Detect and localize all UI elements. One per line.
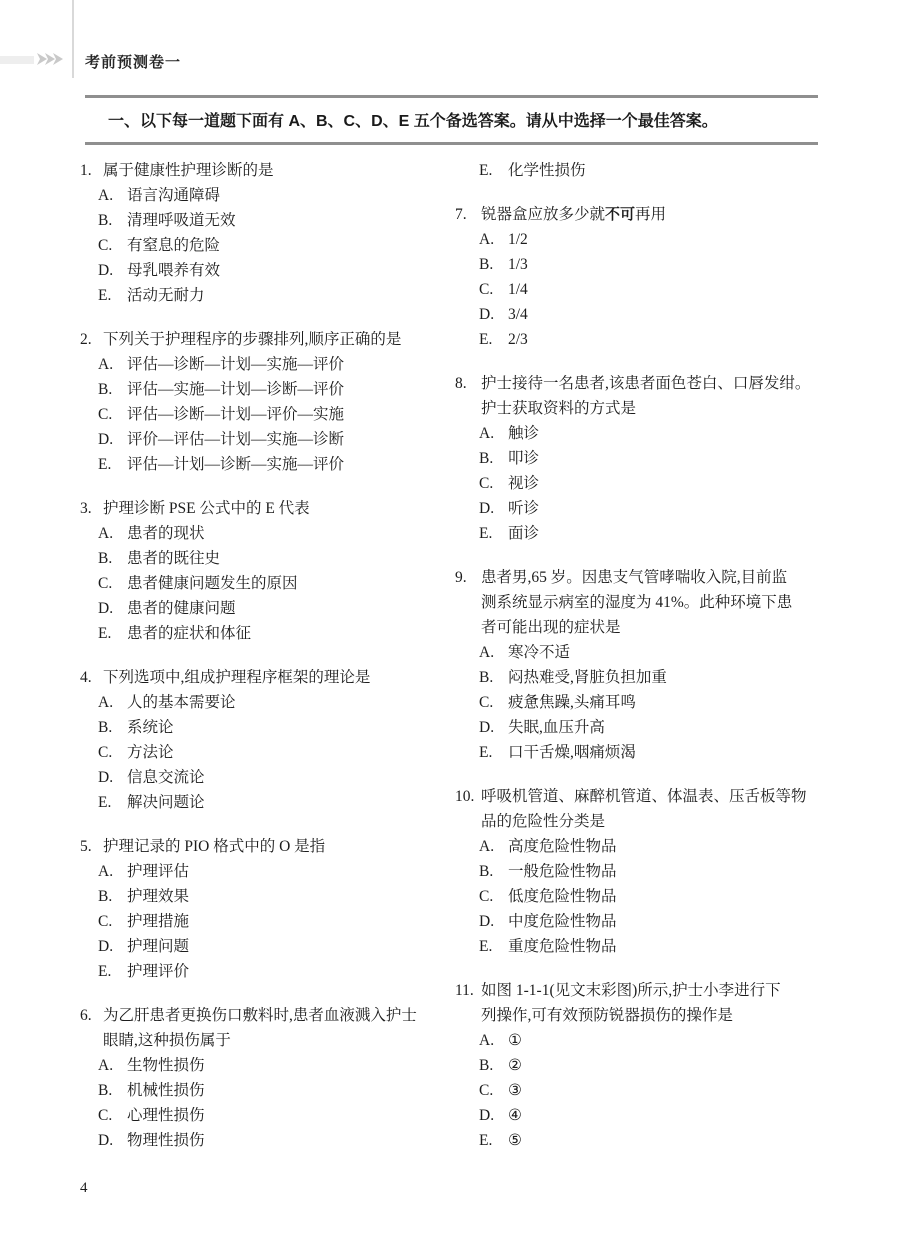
option-row: A. 寒冷不适 bbox=[455, 640, 845, 665]
stem-line: 测系统显示病室的湿度为 41%。此种环境下患 bbox=[481, 590, 792, 615]
option-row: E. 护理评价 bbox=[80, 959, 455, 984]
stem-segment: 锐器盒应放多少就 bbox=[481, 206, 605, 223]
option-row: A. ① bbox=[455, 1028, 845, 1053]
option-text: 患者的现状 bbox=[127, 521, 205, 546]
option-row: E. 口干舌燥,咽痛烦渴 bbox=[455, 740, 845, 765]
option-label: E. bbox=[98, 790, 127, 815]
question-number: 7. bbox=[455, 202, 481, 227]
question-options: A. 人的基本需要论 B. 系统论 C. 方法论 D. 信息交流论 E. 解决问… bbox=[80, 690, 455, 815]
stem-line: 护理记录的 PIO 格式中的 O 是指 bbox=[103, 834, 325, 859]
option-text: 患者的健康问题 bbox=[127, 596, 236, 621]
option-text: 评估—实施—计划—诊断—评价 bbox=[127, 377, 344, 402]
question-stem: 呼吸机管道、麻醉机管道、体温表、压舌板等物品的危险性分类是 bbox=[481, 784, 807, 834]
option-label: A. bbox=[479, 834, 508, 859]
stem-line: 护士接待一名患者,该患者面色苍白、口唇发绀。 bbox=[481, 371, 810, 396]
question: 9. 患者男,65 岁。因患支气管哮喘收入院,目前监测系统显示病室的湿度为 41… bbox=[455, 565, 845, 765]
option-label: B. bbox=[479, 1053, 508, 1078]
option-text: 护理评估 bbox=[127, 859, 189, 884]
option-text: 机械性损伤 bbox=[127, 1078, 205, 1103]
option-label: B. bbox=[98, 1078, 127, 1103]
option-row: B. 患者的既往史 bbox=[80, 546, 455, 571]
question-number: 8. bbox=[455, 371, 481, 421]
option-label: C. bbox=[479, 471, 508, 496]
option-row: E. 活动无耐力 bbox=[80, 283, 455, 308]
question-stem: 如图 1-1-1(见文末彩图)所示,护士小李进行下列操作,可有效预防锐器损伤的操… bbox=[481, 978, 781, 1028]
option-text: 化学性损伤 bbox=[508, 158, 586, 183]
option-text: 评估—计划—诊断—实施—评价 bbox=[127, 452, 344, 477]
option-row: D. 患者的健康问题 bbox=[80, 596, 455, 621]
option-label: A. bbox=[98, 521, 127, 546]
option-row: A. 护理评估 bbox=[80, 859, 455, 884]
option-label: B. bbox=[479, 446, 508, 471]
option-label: C. bbox=[479, 1078, 508, 1103]
question-head: 8. 护士接待一名患者,该患者面色苍白、口唇发绀。护士获取资料的方式是 bbox=[455, 371, 845, 421]
question: 3. 护理诊断 PSE 公式中的 E 代表 A. 患者的现状 B. 患者的既往史… bbox=[80, 496, 455, 646]
option-text: 1/2 bbox=[508, 227, 528, 252]
option-label: B. bbox=[98, 884, 127, 909]
option-row: E. 化学性损伤 bbox=[455, 158, 845, 183]
option-text: 患者的既往史 bbox=[127, 546, 220, 571]
option-text: 有窒息的危险 bbox=[127, 233, 220, 258]
option-label: C. bbox=[98, 1103, 127, 1128]
option-text: 疲惫焦躁,头痛耳鸣 bbox=[508, 690, 636, 715]
option-label: E. bbox=[98, 621, 127, 646]
option-text: 护理评价 bbox=[127, 959, 189, 984]
option-text: 评估—诊断—计划—实施—评价 bbox=[127, 352, 344, 377]
option-row: B. 机械性损伤 bbox=[80, 1078, 455, 1103]
option-label: E. bbox=[98, 283, 127, 308]
option-label: A. bbox=[98, 690, 127, 715]
stem-line: 如图 1-1-1(见文末彩图)所示,护士小李进行下 bbox=[481, 978, 781, 1003]
option-label: D. bbox=[479, 496, 508, 521]
option-text: 护理问题 bbox=[127, 934, 189, 959]
question-number: 3. bbox=[80, 496, 103, 521]
option-text: 患者的症状和体征 bbox=[127, 621, 251, 646]
question-options: A. 触诊 B. 叩诊 C. 视诊 D. 听诊 E. 面诊 bbox=[455, 421, 845, 546]
option-text: 听诊 bbox=[508, 496, 539, 521]
question-options: E. 化学性损伤 bbox=[455, 158, 845, 183]
option-label: B. bbox=[479, 252, 508, 277]
option-row: B. 清理呼吸道无效 bbox=[80, 208, 455, 233]
option-label: E. bbox=[479, 1128, 508, 1153]
option-row: E. ⑤ bbox=[455, 1128, 845, 1153]
stem-segment: 呼吸机管道、麻醉机管道、体温表、压舌板等物 bbox=[481, 788, 807, 805]
option-label: A. bbox=[479, 1028, 508, 1053]
stem-line: 护理诊断 PSE 公式中的 E 代表 bbox=[103, 496, 310, 521]
option-row: D. 护理问题 bbox=[80, 934, 455, 959]
question: 6. 为乙肝患者更换伤口敷料时,患者血液溅入护士眼睛,这种损伤属于 A. 生物性… bbox=[80, 1003, 455, 1153]
question: 7. 锐器盒应放多少就不可再用 A. 1/2 B. 1/3 C. 1/4 D. … bbox=[455, 202, 845, 352]
question-stem: 护理记录的 PIO 格式中的 O 是指 bbox=[103, 834, 325, 859]
question-options: A. 评估—诊断—计划—实施—评价 B. 评估—实施—计划—诊断—评价 C. 评… bbox=[80, 352, 455, 477]
option-row: E. 患者的症状和体征 bbox=[80, 621, 455, 646]
stem-segment: 护理诊断 PSE 公式中的 E 代表 bbox=[103, 500, 310, 517]
option-row: A. 评估—诊断—计划—实施—评价 bbox=[80, 352, 455, 377]
question: 5. 护理记录的 PIO 格式中的 O 是指 A. 护理评估 B. 护理效果 C… bbox=[80, 834, 455, 984]
option-label: D. bbox=[98, 934, 127, 959]
stem-segment: 下列选项中,组成护理程序框架的理论是 bbox=[103, 669, 370, 686]
question-options: A. 1/2 B. 1/3 C. 1/4 D. 3/4 E. 2/3 bbox=[455, 227, 845, 352]
option-row: C. 疲惫焦躁,头痛耳鸣 bbox=[455, 690, 845, 715]
option-row: B. 评估—实施—计划—诊断—评价 bbox=[80, 377, 455, 402]
option-row: A. 人的基本需要论 bbox=[80, 690, 455, 715]
option-row: B. ② bbox=[455, 1053, 845, 1078]
stem-segment: 如图 1-1-1(见文末彩图)所示,护士小李进行下 bbox=[481, 982, 781, 999]
option-text: 重度危险性物品 bbox=[508, 934, 617, 959]
option-row: A. 高度危险性物品 bbox=[455, 834, 845, 859]
option-row: D. 3/4 bbox=[455, 302, 845, 327]
option-row: C. 护理措施 bbox=[80, 909, 455, 934]
stem-line: 锐器盒应放多少就不可再用 bbox=[481, 202, 666, 227]
option-label: C. bbox=[98, 402, 127, 427]
option-label: C. bbox=[479, 277, 508, 302]
option-text: 闷热难受,肾脏负担加重 bbox=[508, 665, 667, 690]
option-label: C. bbox=[98, 571, 127, 596]
option-text: 系统论 bbox=[127, 715, 174, 740]
stem-segment: 下列关于护理程序的步骤排列,顺序正确的是 bbox=[103, 331, 401, 348]
question: 8. 护士接待一名患者,该患者面色苍白、口唇发绀。护士获取资料的方式是 A. 触… bbox=[455, 371, 845, 546]
option-row: D. ④ bbox=[455, 1103, 845, 1128]
option-row: C. 患者健康问题发生的原因 bbox=[80, 571, 455, 596]
question-stem: 属于健康性护理诊断的是 bbox=[103, 158, 274, 183]
question: 2. 下列关于护理程序的步骤排列,顺序正确的是 A. 评估—诊断—计划—实施—评… bbox=[80, 327, 455, 477]
left-column: 1. 属于健康性护理诊断的是 A. 语言沟通障碍 B. 清理呼吸道无效 C. 有… bbox=[80, 158, 455, 1172]
option-label: A. bbox=[98, 859, 127, 884]
option-text: 失眠,血压升高 bbox=[508, 715, 605, 740]
stem-line: 下列选项中,组成护理程序框架的理论是 bbox=[103, 665, 370, 690]
stem-segment: 测系统显示病室的湿度为 41%。此种环境下患 bbox=[481, 594, 792, 611]
option-row: E. 2/3 bbox=[455, 327, 845, 352]
option-text: 一般危险性物品 bbox=[508, 859, 617, 884]
stem-line: 患者男,65 岁。因患支气管哮喘收入院,目前监 bbox=[481, 565, 792, 590]
stem-line: 下列关于护理程序的步骤排列,顺序正确的是 bbox=[103, 327, 401, 352]
question-options: A. 寒冷不适 B. 闷热难受,肾脏负担加重 C. 疲惫焦躁,头痛耳鸣 D. 失… bbox=[455, 640, 845, 765]
option-label: D. bbox=[98, 1128, 127, 1153]
option-label: E. bbox=[98, 959, 127, 984]
stem-segment: 品的危险性分类是 bbox=[481, 813, 605, 830]
option-row: B. 闷热难受,肾脏负担加重 bbox=[455, 665, 845, 690]
option-label: E. bbox=[479, 158, 508, 183]
question-head: 11. 如图 1-1-1(见文末彩图)所示,护士小李进行下列操作,可有效预防锐器… bbox=[455, 978, 845, 1028]
option-label: D. bbox=[479, 909, 508, 934]
option-row: B. 护理效果 bbox=[80, 884, 455, 909]
question-head: 7. 锐器盒应放多少就不可再用 bbox=[455, 202, 845, 227]
question-number: 4. bbox=[80, 665, 103, 690]
exam-page: 考前预测卷一 一、以下每一道题下面有 A、B、C、D、E 五个备选答案。请从中选… bbox=[0, 0, 900, 1241]
question-options: A. 护理评估 B. 护理效果 C. 护理措施 D. 护理问题 E. 护理评价 bbox=[80, 859, 455, 984]
option-text: 解决问题论 bbox=[127, 790, 205, 815]
option-text: 信息交流论 bbox=[127, 765, 205, 790]
option-text: ① bbox=[508, 1028, 522, 1053]
option-label: E. bbox=[479, 521, 508, 546]
question: 1. 属于健康性护理诊断的是 A. 语言沟通障碍 B. 清理呼吸道无效 C. 有… bbox=[80, 158, 455, 308]
option-text: 评估—诊断—计划—评价—实施 bbox=[127, 402, 344, 427]
option-row: D. 失眠,血压升高 bbox=[455, 715, 845, 740]
page-number: 4 bbox=[80, 1178, 88, 1198]
question-options: A. 语言沟通障碍 B. 清理呼吸道无效 C. 有窒息的危险 D. 母乳喂养有效… bbox=[80, 183, 455, 308]
question-number: 9. bbox=[455, 565, 481, 640]
option-text: 3/4 bbox=[508, 302, 528, 327]
question-stem: 护理诊断 PSE 公式中的 E 代表 bbox=[103, 496, 310, 521]
option-text: 高度危险性物品 bbox=[508, 834, 617, 859]
question-stem: 下列选项中,组成护理程序框架的理论是 bbox=[103, 665, 370, 690]
stem-line: 属于健康性护理诊断的是 bbox=[103, 158, 274, 183]
option-text: 面诊 bbox=[508, 521, 539, 546]
option-text: 语言沟通障碍 bbox=[127, 183, 220, 208]
option-label: E. bbox=[98, 452, 127, 477]
option-row: D. 母乳喂养有效 bbox=[80, 258, 455, 283]
question: 4. 下列选项中,组成护理程序框架的理论是 A. 人的基本需要论 B. 系统论 … bbox=[80, 665, 455, 815]
question-stem: 下列关于护理程序的步骤排列,顺序正确的是 bbox=[103, 327, 401, 352]
stem-segment: 列操作,可有效预防锐器损伤的操作是 bbox=[481, 1007, 733, 1024]
option-row: C. ③ bbox=[455, 1078, 845, 1103]
option-row: C. 1/4 bbox=[455, 277, 845, 302]
option-row: C. 心理性损伤 bbox=[80, 1103, 455, 1128]
stem-line: 护士获取资料的方式是 bbox=[481, 396, 810, 421]
option-row: D. 听诊 bbox=[455, 496, 845, 521]
section-instruction-box: 一、以下每一道题下面有 A、B、C、D、E 五个备选答案。请从中选择一个最佳答案… bbox=[85, 95, 818, 145]
option-text: 寒冷不适 bbox=[508, 640, 570, 665]
question-number: 2. bbox=[80, 327, 103, 352]
question: 10. 呼吸机管道、麻醉机管道、体温表、压舌板等物品的危险性分类是 A. 高度危… bbox=[455, 784, 845, 959]
option-label: D. bbox=[98, 427, 127, 452]
option-label: C. bbox=[98, 909, 127, 934]
option-row: D. 物理性损伤 bbox=[80, 1128, 455, 1153]
option-label: B. bbox=[98, 208, 127, 233]
question: 11. 如图 1-1-1(见文末彩图)所示,护士小李进行下列操作,可有效预防锐器… bbox=[455, 978, 845, 1153]
question-head: 3. 护理诊断 PSE 公式中的 E 代表 bbox=[80, 496, 455, 521]
option-row: D. 中度危险性物品 bbox=[455, 909, 845, 934]
option-text: 低度危险性物品 bbox=[508, 884, 617, 909]
question-number: 11. bbox=[455, 978, 481, 1028]
option-text: 清理呼吸道无效 bbox=[127, 208, 236, 233]
stem-line: 品的危险性分类是 bbox=[481, 809, 807, 834]
option-text: 2/3 bbox=[508, 327, 528, 352]
option-label: C. bbox=[479, 884, 508, 909]
question-number: 6. bbox=[80, 1003, 103, 1053]
question-head: 5. 护理记录的 PIO 格式中的 O 是指 bbox=[80, 834, 455, 859]
stem-segment: 护理记录的 PIO 格式中的 O 是指 bbox=[103, 838, 325, 855]
option-row: A. 患者的现状 bbox=[80, 521, 455, 546]
option-row: A. 触诊 bbox=[455, 421, 845, 446]
question-number: 10. bbox=[455, 784, 481, 834]
stem-line: 眼睛,这种损伤属于 bbox=[103, 1028, 417, 1053]
stem-segment: 者可能出现的症状是 bbox=[481, 619, 621, 636]
triple-chevron-icon bbox=[37, 53, 61, 65]
option-label: B. bbox=[98, 546, 127, 571]
option-text: 中度危险性物品 bbox=[508, 909, 617, 934]
option-label: B. bbox=[479, 665, 508, 690]
question-columns: 1. 属于健康性护理诊断的是 A. 语言沟通障碍 B. 清理呼吸道无效 C. 有… bbox=[80, 158, 845, 1172]
stem-line: 列操作,可有效预防锐器损伤的操作是 bbox=[481, 1003, 781, 1028]
stem-line: 呼吸机管道、麻醉机管道、体温表、压舌板等物 bbox=[481, 784, 807, 809]
option-label: A. bbox=[98, 352, 127, 377]
stem-segment: 为乙肝患者更换伤口敷料时,患者血液溅入护士 bbox=[103, 1007, 417, 1024]
option-label: D. bbox=[98, 596, 127, 621]
question-stem: 患者男,65 岁。因患支气管哮喘收入院,目前监测系统显示病室的湿度为 41%。此… bbox=[481, 565, 792, 640]
stem-bold-segment: 不可 bbox=[605, 206, 635, 223]
option-text: 人的基本需要论 bbox=[127, 690, 236, 715]
question-head: 10. 呼吸机管道、麻醉机管道、体温表、压舌板等物品的危险性分类是 bbox=[455, 784, 845, 834]
question-stem: 锐器盒应放多少就不可再用 bbox=[481, 202, 666, 227]
stem-segment: 护士接待一名患者,该患者面色苍白、口唇发绀。 bbox=[481, 375, 810, 392]
option-row: C. 低度危险性物品 bbox=[455, 884, 845, 909]
right-column: E. 化学性损伤 7. 锐器盒应放多少就不可再用 A. 1/2 B. 1/3 C… bbox=[455, 158, 845, 1172]
page-header-title: 考前预测卷一 bbox=[85, 51, 181, 72]
stem-line: 者可能出现的症状是 bbox=[481, 615, 792, 640]
option-row: A. 语言沟通障碍 bbox=[80, 183, 455, 208]
option-row: C. 评估—诊断—计划—评价—实施 bbox=[80, 402, 455, 427]
stem-line: 为乙肝患者更换伤口敷料时,患者血液溅入护士 bbox=[103, 1003, 417, 1028]
option-text: 1/4 bbox=[508, 277, 528, 302]
option-text: 患者健康问题发生的原因 bbox=[127, 571, 298, 596]
option-row: B. 系统论 bbox=[80, 715, 455, 740]
option-row: E. 重度危险性物品 bbox=[455, 934, 845, 959]
option-row: B. 叩诊 bbox=[455, 446, 845, 471]
option-label: B. bbox=[98, 715, 127, 740]
option-text: 方法论 bbox=[127, 740, 174, 765]
header-gray-bar bbox=[0, 56, 34, 64]
option-label: E. bbox=[479, 934, 508, 959]
option-row: E. 评估—计划—诊断—实施—评价 bbox=[80, 452, 455, 477]
option-row: B. 一般危险性物品 bbox=[455, 859, 845, 884]
question-number: 5. bbox=[80, 834, 103, 859]
option-row: E. 面诊 bbox=[455, 521, 845, 546]
question-options: A. 高度危险性物品 B. 一般危险性物品 C. 低度危险性物品 D. 中度危险… bbox=[455, 834, 845, 959]
option-row: C. 视诊 bbox=[455, 471, 845, 496]
option-text: ④ bbox=[508, 1103, 522, 1128]
option-text: 护理措施 bbox=[127, 909, 189, 934]
option-text: 母乳喂养有效 bbox=[127, 258, 220, 283]
option-row: D. 评价—评估—计划—实施—诊断 bbox=[80, 427, 455, 452]
option-text: 口干舌燥,咽痛烦渴 bbox=[508, 740, 636, 765]
chevron-right-icon bbox=[37, 53, 47, 65]
option-label: E. bbox=[479, 740, 508, 765]
option-text: ③ bbox=[508, 1078, 522, 1103]
question-stem: 为乙肝患者更换伤口敷料时,患者血液溅入护士眼睛,这种损伤属于 bbox=[103, 1003, 417, 1053]
option-text: 护理效果 bbox=[127, 884, 189, 909]
option-label: D. bbox=[479, 302, 508, 327]
question-options: A. 患者的现状 B. 患者的既往史 C. 患者健康问题发生的原因 D. 患者的… bbox=[80, 521, 455, 646]
question-head: 6. 为乙肝患者更换伤口敷料时,患者血液溅入护士眼睛,这种损伤属于 bbox=[80, 1003, 455, 1053]
option-text: 活动无耐力 bbox=[127, 283, 205, 308]
option-label: D. bbox=[98, 258, 127, 283]
option-label: A. bbox=[479, 421, 508, 446]
option-text: ⑤ bbox=[508, 1128, 522, 1153]
question-number: 1. bbox=[80, 158, 103, 183]
option-label: A. bbox=[479, 640, 508, 665]
stem-segment: 再用 bbox=[635, 206, 666, 223]
stem-segment: 护士获取资料的方式是 bbox=[481, 400, 636, 417]
option-row: A. 生物性损伤 bbox=[80, 1053, 455, 1078]
option-text: 视诊 bbox=[508, 471, 539, 496]
section-instruction: 一、以下每一道题下面有 A、B、C、D、E 五个备选答案。请从中选择一个最佳答案… bbox=[85, 108, 818, 131]
option-text: 叩诊 bbox=[508, 446, 539, 471]
question-head: 1. 属于健康性护理诊断的是 bbox=[80, 158, 455, 183]
option-label: D. bbox=[98, 765, 127, 790]
option-text: ② bbox=[508, 1053, 522, 1078]
option-row: B. 1/3 bbox=[455, 252, 845, 277]
stem-segment: 患者男,65 岁。因患支气管哮喘收入院,目前监 bbox=[481, 569, 787, 586]
option-label: C. bbox=[98, 740, 127, 765]
question: E. 化学性损伤 bbox=[455, 158, 845, 183]
option-text: 心理性损伤 bbox=[127, 1103, 205, 1128]
option-text: 触诊 bbox=[508, 421, 539, 446]
option-row: A. 1/2 bbox=[455, 227, 845, 252]
option-label: B. bbox=[98, 377, 127, 402]
option-label: A. bbox=[98, 1053, 127, 1078]
option-text: 评价—评估—计划—实施—诊断 bbox=[127, 427, 344, 452]
option-label: D. bbox=[479, 1103, 508, 1128]
question-options: A. 生物性损伤 B. 机械性损伤 C. 心理性损伤 D. 物理性损伤 bbox=[80, 1053, 455, 1153]
option-label: C. bbox=[479, 690, 508, 715]
option-label: A. bbox=[479, 227, 508, 252]
option-label: C. bbox=[98, 233, 127, 258]
question-head: 2. 下列关于护理程序的步骤排列,顺序正确的是 bbox=[80, 327, 455, 352]
option-row: E. 解决问题论 bbox=[80, 790, 455, 815]
stem-segment: 属于健康性护理诊断的是 bbox=[103, 162, 274, 179]
option-label: D. bbox=[479, 715, 508, 740]
question-options: A. ① B. ② C. ③ D. ④ E. ⑤ bbox=[455, 1028, 845, 1153]
question-head: 9. 患者男,65 岁。因患支气管哮喘收入院,目前监测系统显示病室的湿度为 41… bbox=[455, 565, 845, 640]
stem-segment: 眼睛,这种损伤属于 bbox=[103, 1032, 231, 1049]
option-label: B. bbox=[479, 859, 508, 884]
option-text: 生物性损伤 bbox=[127, 1053, 205, 1078]
question-stem: 护士接待一名患者,该患者面色苍白、口唇发绀。护士获取资料的方式是 bbox=[481, 371, 810, 421]
option-text: 物理性损伤 bbox=[127, 1128, 205, 1153]
option-label: A. bbox=[98, 183, 127, 208]
option-row: D. 信息交流论 bbox=[80, 765, 455, 790]
option-label: E. bbox=[479, 327, 508, 352]
top-left-vertical-rule bbox=[72, 0, 74, 78]
option-row: C. 方法论 bbox=[80, 740, 455, 765]
question-head: 4. 下列选项中,组成护理程序框架的理论是 bbox=[80, 665, 455, 690]
option-text: 1/3 bbox=[508, 252, 528, 277]
option-row: C. 有窒息的危险 bbox=[80, 233, 455, 258]
